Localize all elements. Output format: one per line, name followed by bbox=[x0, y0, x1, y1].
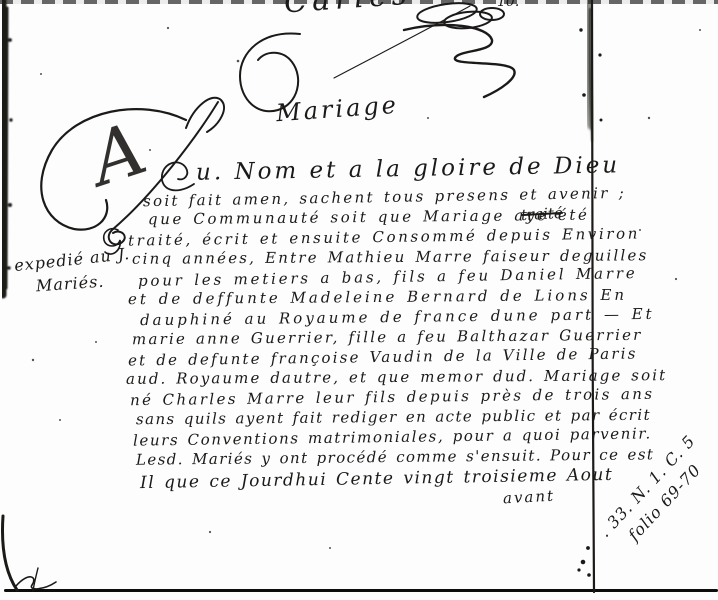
header-script-fragment-right: 10. bbox=[497, 0, 519, 9]
margin-note-line2: Mariés. bbox=[36, 274, 105, 295]
body-line: sans quils ayent fait rediger en acte pu… bbox=[136, 408, 651, 427]
manuscript-page: Carles 10. Mariage A u. Nom et a la gloi… bbox=[0, 0, 718, 600]
body-line: marie anne Guerrier, fille a feu Balthaz… bbox=[132, 328, 643, 347]
body-line: aud. Royaume dautre, et que memor dud. M… bbox=[126, 368, 667, 387]
catchword: avant bbox=[503, 489, 556, 507]
bottom-corner-flourish bbox=[3, 516, 56, 591]
struck-word: traité bbox=[521, 206, 564, 223]
body-line: et de deffunte Madeleine Bernard de Lion… bbox=[128, 288, 627, 307]
scan-left-edge bbox=[3, 0, 12, 295]
body-line: cinq années, Entre Mathieu Marre faiseur… bbox=[132, 248, 649, 267]
